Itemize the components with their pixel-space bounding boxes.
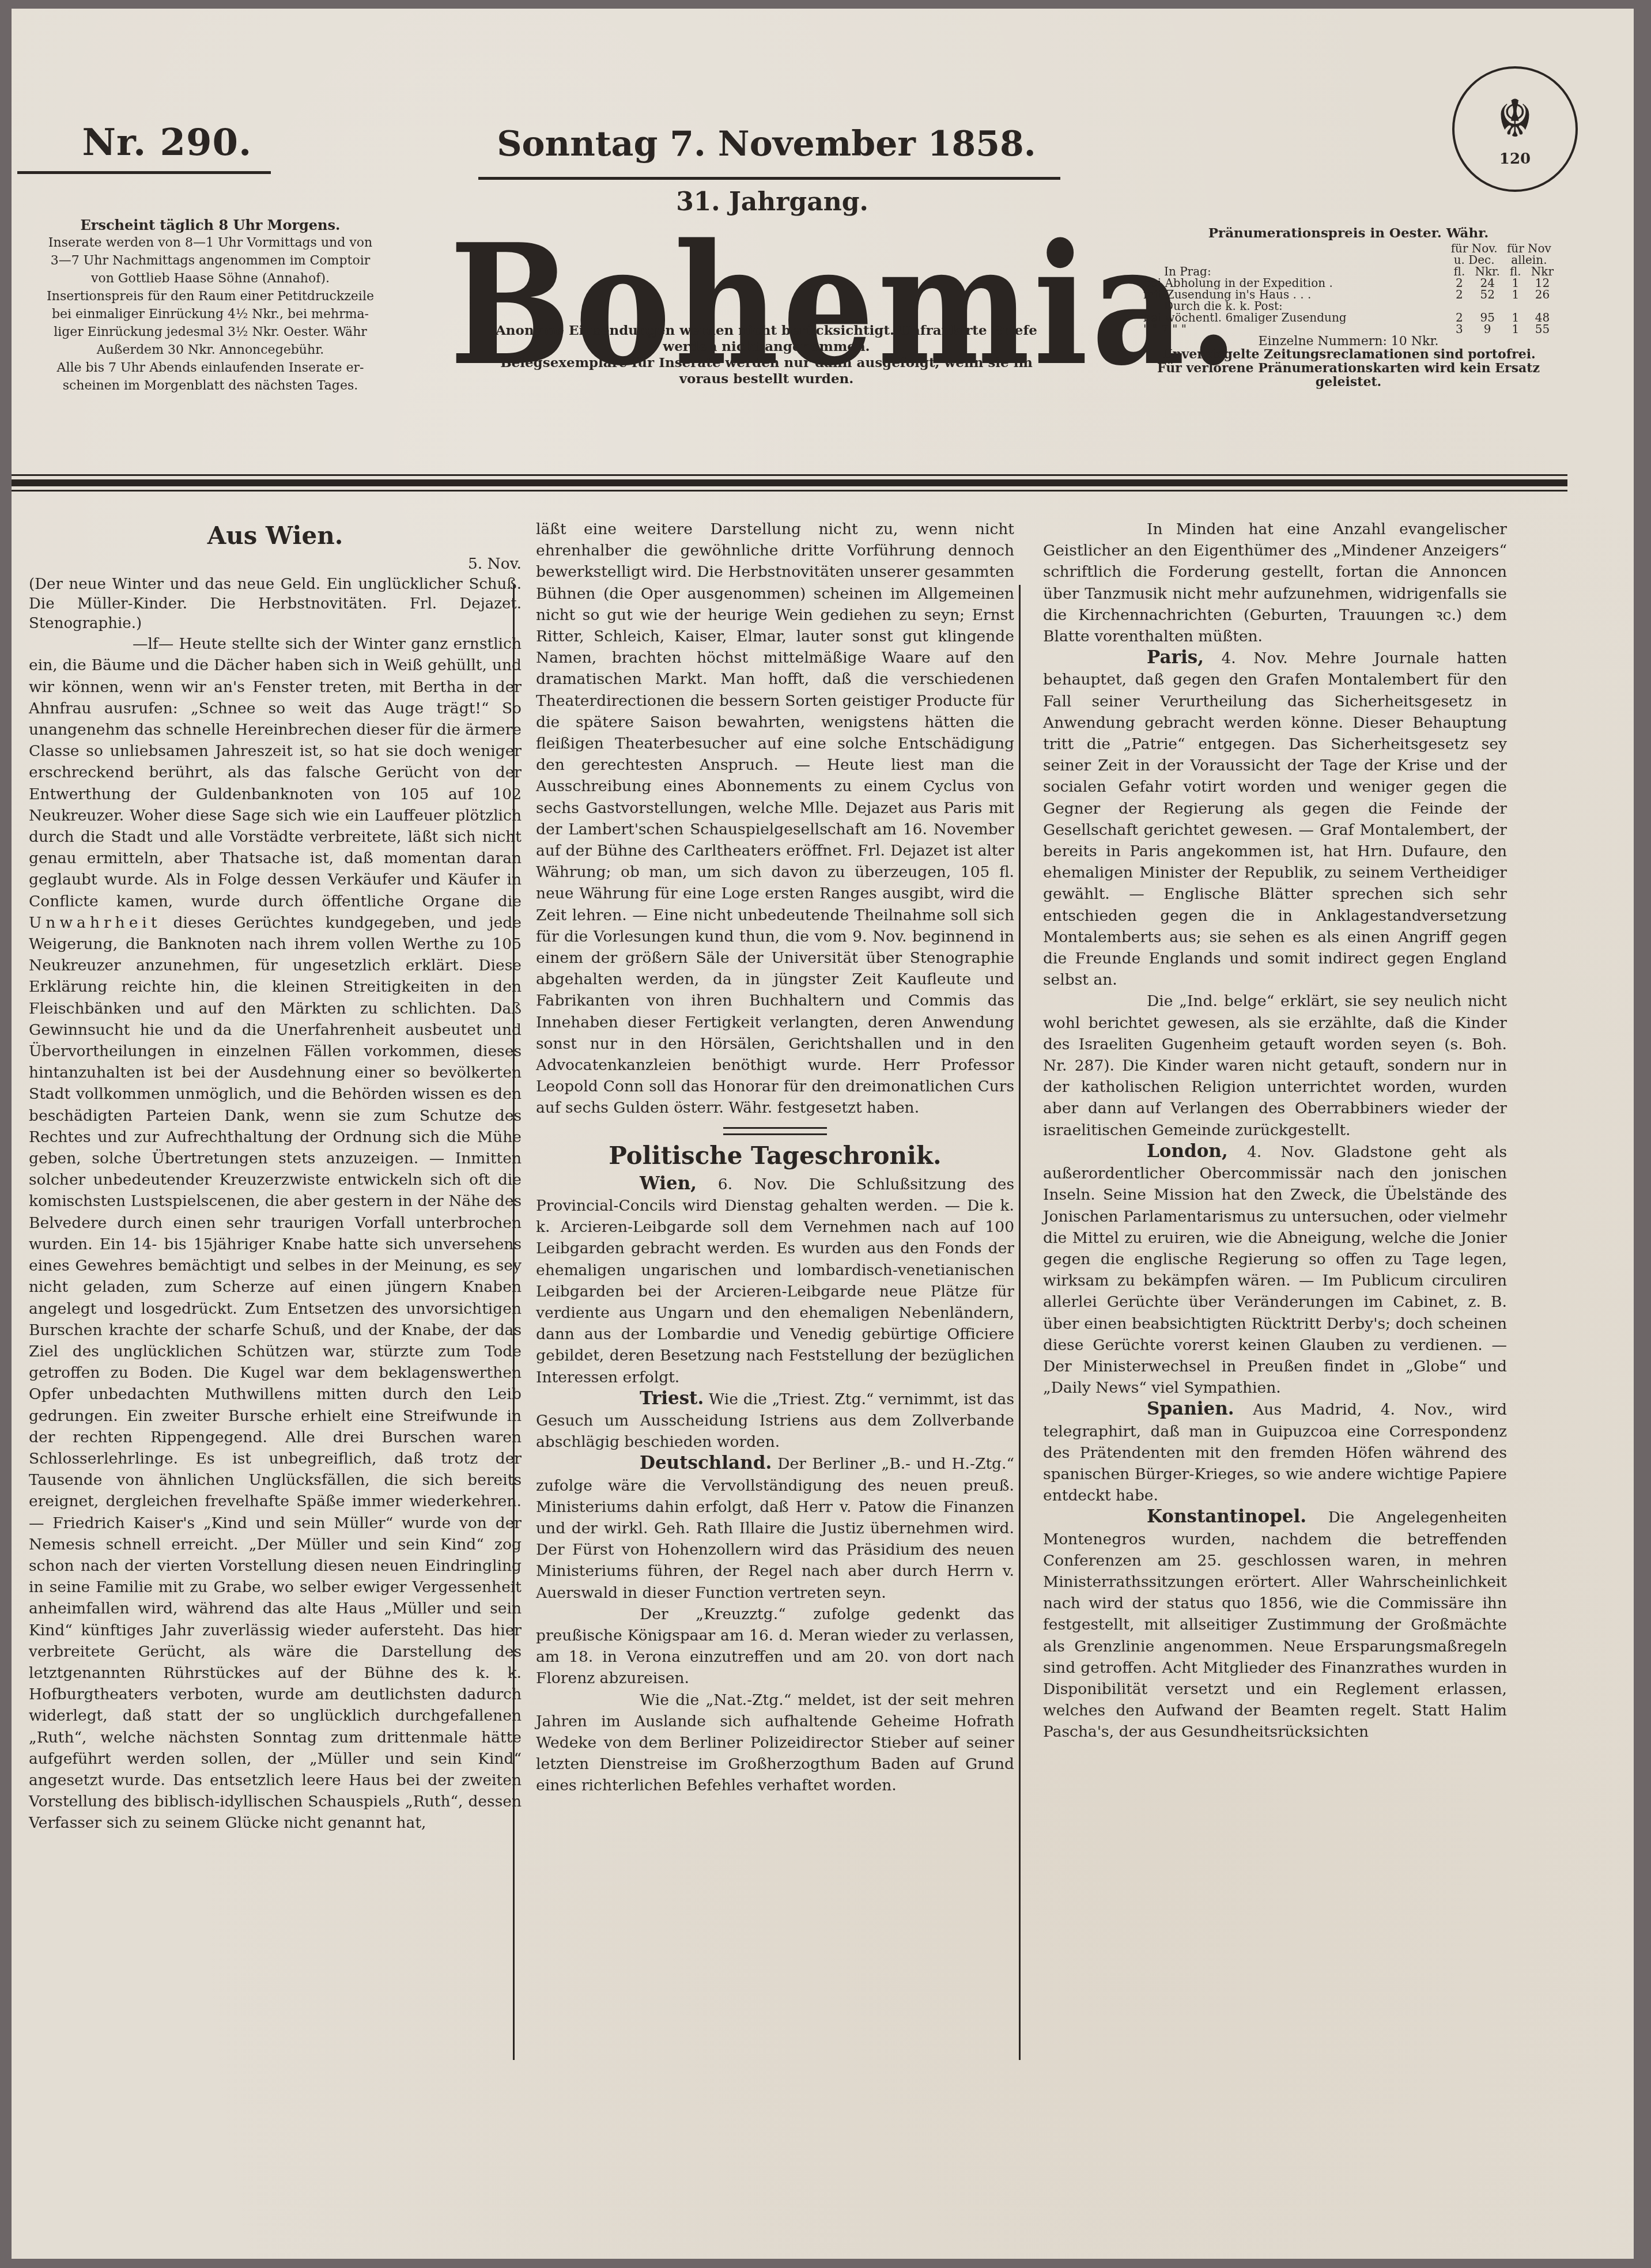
section-heading: Politische Tageschronik.	[536, 1139, 1014, 1173]
news-text: Die Angelegenheiten Montenegros wurden, …	[1043, 1509, 1507, 1741]
price-value: 9	[1472, 323, 1502, 335]
news-text: Aus Madrid, 4. Nov., wird telegraphirt, …	[1043, 1401, 1507, 1505]
price-value: 1	[1502, 312, 1529, 323]
price-value: 1	[1502, 289, 1529, 300]
info-line: Alle bis 7 Uhr Abends einlaufenden Inser…	[23, 359, 398, 377]
editorial-notice: Anonyme Einsendungen werden nicht berück…	[449, 323, 1083, 387]
issue-date: Sonntag 7. November 1858.	[484, 124, 1049, 164]
dateline: 5. Nov.	[29, 553, 522, 574]
column-3: In Minden hat eine Anzahl evangelischer …	[1043, 519, 1507, 1743]
newspaper-page: Nr. 290. Sonntag 7. November 1858. 31. J…	[12, 9, 1634, 2259]
price-value: 95	[1472, 312, 1502, 323]
price-row: bei wöchentl. 6maliger Zusendung 2 95 1 …	[1141, 312, 1556, 323]
news-item: Spanien. Aus Madrid, 4. Nov., wird teleg…	[1043, 1398, 1507, 1506]
news-text: Der Berliner „B.- und H.-Ztg.“ zufolge w…	[536, 1455, 1014, 1601]
price-value: 1	[1502, 323, 1529, 335]
notice-line: Belegsexemplare für Inserate werden nur …	[449, 355, 1083, 371]
text-run: dieses Gerüchtes kundgegeben, und jede W…	[29, 914, 522, 1832]
notice-line: werden nicht angenommen.	[449, 339, 1083, 355]
price-row: bei Abholung in der Expedition . 2 24 1 …	[1141, 277, 1556, 289]
news-text: Wie die „Triest. Ztg.“ vernimmt, ist das…	[536, 1390, 1014, 1451]
column-2: läßt eine weitere Darstellung nicht zu, …	[536, 519, 1014, 1797]
news-place: Deutschland.	[640, 1453, 772, 1473]
price-value: 1	[1502, 277, 1529, 289]
info-line: bei einmaliger Einrückung 4½ Nkr., bei m…	[23, 305, 398, 323]
issue-number: Nr. 290.	[52, 121, 282, 164]
publication-schedule: Erscheint täglich 8 Uhr Morgens.	[23, 216, 398, 234]
news-text: Der „Kreuzztg.“ zufolge gedenkt das preu…	[536, 1605, 1014, 1688]
price-value: 2	[1446, 312, 1472, 323]
news-item: Konstantinopel. Die Angelegenheiten Mont…	[1043, 1506, 1507, 1742]
news-item: Die „Ind. belge“ erklärt, sie sey neulic…	[1043, 991, 1507, 1140]
rule-thin	[12, 490, 1567, 492]
unit-header: fl.	[1446, 266, 1472, 277]
row-label: bei Abholung in der Expedition .	[1141, 277, 1446, 289]
subscription-prices: Pränumerationspreis in Oester. Währ. für…	[1141, 228, 1556, 389]
price-value: 2	[1446, 277, 1472, 289]
publication-info: Erscheint täglich 8 Uhr Morgens. Inserat…	[23, 216, 398, 395]
news-text: 6. Nov. Die Schlußsitzung des Provincial…	[536, 1175, 1014, 1386]
price-value: 12	[1529, 277, 1556, 289]
row-label: bei wöchentl. 6maliger Zusendung	[1141, 312, 1446, 323]
col-header: für Nov allein.	[1502, 243, 1556, 266]
news-text: 4. Nov. Mehre Journale hatten behauptet,…	[1043, 649, 1507, 989]
news-place: Konstantinopel.	[1147, 1506, 1306, 1527]
article-summary: (Der neue Winter und das neue Geld. Ein …	[29, 574, 522, 633]
row-label: mit Zusendung in's Haus . . .	[1141, 289, 1446, 300]
masthead-separator	[12, 474, 1567, 492]
info-line: Inserate werden von 8—1 Uhr Vormittags u…	[23, 234, 398, 252]
news-item: Paris, 4. Nov. Mehre Journale hatten beh…	[1043, 647, 1507, 991]
news-place: Wien,	[640, 1173, 697, 1194]
news-text: Wie die „Nat.-Ztg.“ meldet, ist der seit…	[536, 1691, 1014, 1795]
price-value: 2	[1446, 289, 1472, 300]
price-row: mit Zusendung in's Haus . . . 2 52 1 26	[1141, 289, 1556, 300]
column-1: Aus Wien. 5. Nov. (Der neue Winter und d…	[29, 519, 522, 1834]
prices-title: Pränumerationspreis in Oester. Währ.	[1141, 228, 1556, 239]
article-paragraph: —lf— Heute stellte sich der Winter ganz …	[29, 633, 522, 1834]
article-paragraph: läßt eine weitere Darstellung nicht zu, …	[536, 519, 1014, 1119]
single-issue-price: Einzelne Nummern: 10 Nkr.	[1141, 336, 1556, 347]
section-rule	[723, 1127, 827, 1135]
unit-header: Nkr.	[1472, 266, 1502, 277]
price-value: 48	[1529, 312, 1556, 323]
rule-thick	[12, 479, 1567, 486]
info-line: von Gottlieb Haase Söhne (Annahof).	[23, 270, 398, 288]
price-value: 55	[1529, 323, 1556, 335]
news-place: Paris,	[1147, 647, 1204, 668]
news-item: Wien, 6. Nov. Die Schlußsitzung des Prov…	[536, 1173, 1014, 1388]
column-divider	[1019, 585, 1021, 2060]
emphasized-word: Unwahrheit	[29, 914, 161, 932]
price-note: Unversiegelte Zeitungsreclamationen sind…	[1141, 347, 1556, 361]
info-line: Insertionspreis für den Raum einer Petit…	[23, 288, 398, 305]
notice-line: voraus bestellt wurden.	[449, 371, 1083, 387]
section-label: In Prag:	[1141, 266, 1446, 277]
notice-line: Anonyme Einsendungen werden nicht berück…	[449, 323, 1083, 339]
info-line: scheinen im Morgenblatt des nächsten Tag…	[23, 377, 398, 395]
news-item: Der „Kreuzztg.“ zufolge gedenkt das preu…	[536, 1604, 1014, 1689]
stamp-value: 120	[1499, 150, 1531, 168]
row-label: " " 7 " "	[1141, 323, 1446, 335]
text-run: —lf— Heute stellte sich der Winter ganz …	[29, 635, 522, 910]
issue-number-rule	[17, 171, 271, 174]
info-line: liger Einrückung jedesmal 3½ Nkr. Oester…	[23, 323, 398, 341]
price-value: 52	[1472, 289, 1502, 300]
unit-header: fl.	[1502, 266, 1529, 277]
price-value: 26	[1529, 289, 1556, 300]
info-line: Außerdem 30 Nkr. Annoncegebühr.	[23, 341, 398, 359]
double-headed-eagle-icon: ☬	[1497, 90, 1533, 148]
unit-header: Nkr	[1529, 266, 1556, 277]
news-text: 4. Nov. Gladstone geht als außerordentli…	[1043, 1143, 1507, 1397]
price-value: 24	[1472, 277, 1502, 289]
tax-stamp: ☬ 120	[1452, 66, 1578, 192]
price-note: Für verlorene Pränumerationskarten wird …	[1141, 361, 1556, 389]
price-value: 3	[1446, 323, 1472, 335]
info-line: 3—7 Uhr Nachmittags angenommen im Compto…	[23, 252, 398, 270]
news-item: Wie die „Nat.-Ztg.“ meldet, ist der seit…	[536, 1689, 1014, 1797]
date-rule	[478, 177, 1060, 180]
news-place: Spanien.	[1147, 1398, 1234, 1419]
section-label: Durch die k. k. Post:	[1141, 300, 1556, 312]
news-item: Triest. Wie die „Triest. Ztg.“ vernimmt,…	[536, 1388, 1014, 1453]
news-text: In Minden hat eine Anzahl evangelischer …	[1043, 520, 1507, 645]
news-item: London, 4. Nov. Gladstone geht als außer…	[1043, 1141, 1507, 1398]
news-place: Triest.	[640, 1388, 704, 1409]
prices-table: für Nov. u. Dec. für Nov allein. In Prag…	[1141, 243, 1556, 335]
news-item: Deutschland. Der Berliner „B.- und H.-Zt…	[536, 1453, 1014, 1603]
col-header: für Nov. u. Dec.	[1446, 243, 1502, 266]
news-place: London,	[1147, 1141, 1228, 1162]
section-heading: Aus Wien.	[29, 519, 522, 553]
news-item: In Minden hat eine Anzahl evangelischer …	[1043, 519, 1507, 647]
news-text: Die „Ind. belge“ erklärt, sie sey neulic…	[1043, 992, 1507, 1139]
price-row: " " 7 " " 3 9 1 55	[1141, 323, 1556, 335]
